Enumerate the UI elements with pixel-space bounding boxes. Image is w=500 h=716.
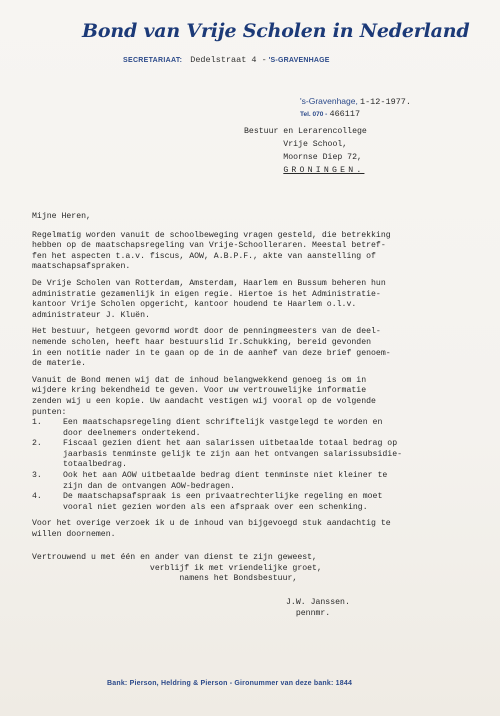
addressee-city: GRONINGEN.: [283, 166, 364, 175]
closing-block: Vertrouwend u met één en ander van diens…: [32, 553, 322, 585]
list-item-number: 4.: [32, 492, 63, 513]
salutation: Mijne Heren,: [32, 212, 472, 223]
paragraph: Regelmatig worden vanuit de schoolbewegi…: [32, 231, 472, 273]
paragraph: De Vrije Scholen van Rotterdam, Amsterda…: [32, 279, 472, 321]
closing-line: Vertrouwend u met één en ander van diens…: [32, 553, 322, 564]
addressee-line: Vrije School,: [244, 138, 367, 151]
secretariat-label: SECRETARIAAT:: [123, 57, 182, 64]
list-item-text: Fiscaal gezien dient het aan salarissen …: [63, 439, 402, 471]
list-item-number: 2.: [32, 439, 63, 471]
date-value: 1-12-1977.: [360, 97, 411, 107]
list-item-text: Ook het aan AOW uitbetaalde bedrag dient…: [63, 471, 387, 492]
paragraph: Vanuit de Bond menen wij dat de inhoud b…: [32, 376, 472, 418]
list-item-text: De maatschapsafspraak is een privaatrech…: [63, 492, 382, 513]
secretariat-city: 'S-GRAVENHAGE: [269, 57, 330, 64]
date-place: 's-Gravenhage,: [300, 96, 358, 106]
telephone-number: 466117: [329, 109, 360, 119]
list-item: 3. Ook het aan AOW uitbetaalde bedrag di…: [32, 471, 472, 492]
footer-bank-info: Bank: Pierson, Heldring & Pierson - Giro…: [107, 680, 352, 687]
signatory-name: J.W. Janssen.: [286, 598, 350, 609]
signature-block: J.W. Janssen. pennmr.: [286, 598, 350, 619]
closing-line: namens het Bondsbestuur,: [32, 574, 322, 585]
list-item-number: 3.: [32, 471, 63, 492]
list-item-text: Een maatschapsregeling dient schriftelij…: [63, 418, 382, 439]
addressee-line: Bestuur en Lerarencollege: [244, 125, 367, 138]
letterhead-title: Bond van Vrije Scholen in Nederland: [82, 20, 469, 42]
telephone-label: Tel. 070 -: [300, 111, 327, 118]
dateline: 's-Gravenhage, 1-12-1977.: [300, 96, 411, 107]
addressee-city-row: GRONINGEN.: [244, 164, 367, 177]
list-item: 2. Fiscaal gezien dient het aan salariss…: [32, 439, 472, 471]
list-item: 4. De maatschapsafspraak is een privaatr…: [32, 492, 472, 513]
list-item-number: 1.: [32, 418, 63, 439]
list-item: 1. Een maatschapsregeling dient schrifte…: [32, 418, 472, 439]
addressee-line: Moornse Diep 72,: [244, 151, 367, 164]
points-list: 1. Een maatschapsregeling dient schrifte…: [32, 418, 472, 513]
closing-line: verblijf ik met vriendelijke groet,: [32, 564, 322, 575]
paragraph: Het bestuur, hetgeen gevormd wordt door …: [32, 327, 472, 369]
telephone-line: Tel. 070 - 466117: [300, 108, 360, 119]
secretariat-line: SECRETARIAAT: Dedelstraat 4 - 'S-GRAVENH…: [123, 55, 330, 65]
letter-page: Bond van Vrije Scholen in Nederland SECR…: [0, 0, 500, 716]
letter-body: Mijne Heren, Regelmatig worden vanuit de…: [32, 212, 472, 547]
signatory-role: pennmr.: [286, 609, 350, 620]
final-paragraph: Voor het overige verzoek ik u de inhoud …: [32, 519, 472, 540]
secretariat-address: Dedelstraat 4 -: [190, 55, 267, 65]
addressee-block: Bestuur en Lerarencollege Vrije School, …: [244, 125, 367, 177]
